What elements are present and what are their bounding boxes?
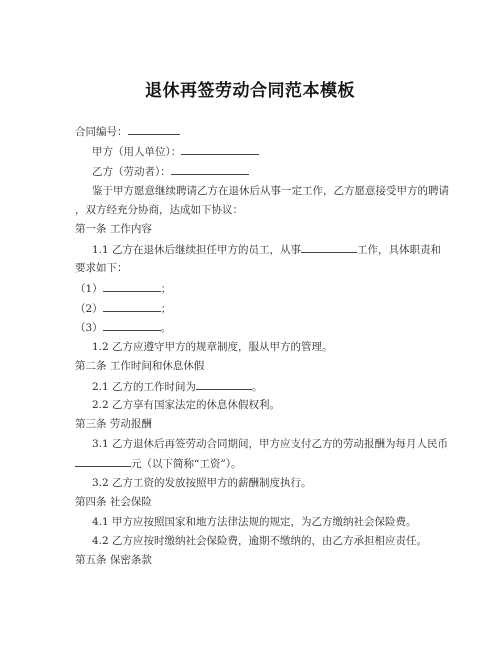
text-line-3-1b: 元（以下简称“工资”）。: [75, 456, 242, 471]
line-text: （1）: [75, 283, 103, 295]
fill-in-blank[interactable]: [171, 164, 249, 175]
line-text-after: ；: [161, 283, 172, 295]
line-text: 要求如下：: [75, 262, 128, 274]
line-text-after: 。: [252, 381, 263, 393]
line-text: 乙方（劳动者）：: [92, 166, 171, 178]
text-line-1-1b: 要求如下：: [75, 261, 128, 275]
text-line-3-2: 3.2 乙方工资的发放按照甲方的薪酬制度执行。: [92, 476, 312, 490]
line-text: 第四条 社会保险: [75, 496, 152, 508]
text-line-party-b: 乙方（劳动者）：: [92, 164, 249, 179]
fill-in-blank[interactable]: [181, 144, 259, 155]
line-text: 第二条 工作时间和休息休假: [75, 360, 204, 372]
text-line-preamble-1: 鉴于甲方愿意继续聘请乙方在退休后从事一定工作，乙方愿意接受甲方的聘请: [92, 184, 449, 198]
line-text: 合同编号：: [75, 126, 128, 138]
line-text: 1.2 乙方应遵守甲方的规章制度，服从甲方的管理。: [92, 341, 333, 353]
line-text: 2.1 乙方的工作时间为: [92, 381, 196, 393]
line-text: 甲方（用人单位）：: [92, 146, 181, 158]
text-line-4-1: 4.1 甲方应按照国家和地方法律法规的规定，为乙方缴纳社会保险费。: [92, 515, 417, 529]
fill-in-blank[interactable]: [128, 124, 180, 135]
fill-in-blank[interactable]: [103, 320, 161, 331]
line-text: 4.2 乙方应按时缴纳社会保险费，逾期不缴纳的，由乙方承担相应责任。: [92, 535, 427, 547]
fill-in-blank[interactable]: [103, 281, 161, 292]
line-text: 3.2 乙方工资的发放按照甲方的薪酬制度执行。: [92, 477, 312, 489]
text-line-2-1: 2.1 乙方的工作时间为。: [92, 379, 263, 394]
text-line-art4: 第四条 社会保险: [75, 495, 152, 509]
text-line-art1: 第一条 工作内容: [75, 222, 152, 236]
text-line-4-2: 4.2 乙方应按时缴纳社会保险费，逾期不缴纳的，由乙方承担相应责任。: [92, 534, 427, 548]
line-text: 1.1 乙方在退休后继续担任甲方的员工，从事: [92, 244, 301, 256]
text-line-item3: （3）。: [75, 320, 171, 335]
text-line-party-a: 甲方（用人单位）：: [92, 144, 259, 159]
line-text: 第三条 劳动报酬: [75, 418, 152, 430]
text-line-art5: 第五条 保密条款: [75, 553, 152, 567]
text-line-1-1a: 1.1 乙方在退休后继续担任甲方的员工，从事工作，具体职责和: [92, 242, 441, 257]
text-line-item1: （1）；: [75, 281, 171, 296]
line-text: 2.2 乙方享有国家法定的休息休假权利。: [92, 399, 280, 411]
line-text: （2）: [75, 303, 103, 315]
fill-in-blank[interactable]: [103, 301, 161, 312]
fill-in-blank[interactable]: [196, 379, 252, 390]
line-text-after: ；: [161, 303, 172, 315]
fill-in-blank[interactable]: [301, 242, 357, 253]
text-line-art3: 第三条 劳动报酬: [75, 417, 152, 431]
line-text-after: 工作，具体职责和: [357, 244, 441, 256]
text-line-1-2: 1.2 乙方应遵守甲方的规章制度，服从甲方的管理。: [92, 340, 333, 354]
line-text: 鉴于甲方愿意继续聘请乙方在退休后从事一定工作，乙方愿意接受甲方的聘请: [92, 185, 449, 197]
text-line-2-2: 2.2 乙方享有国家法定的休息休假权利。: [92, 398, 280, 412]
line-text: 第一条 工作内容: [75, 223, 152, 235]
text-line-art2: 第二条 工作时间和休息休假: [75, 359, 204, 373]
text-line-3-1a: 3.1 乙方退休后再签劳动合同期间，甲方应支付乙方的劳动报酬为每月人民币: [92, 437, 448, 451]
line-text-after: 元（以下简称“工资”）。: [131, 458, 242, 470]
line-text: （3）: [75, 322, 103, 334]
line-text: 4.1 甲方应按照国家和地方法律法规的规定，为乙方缴纳社会保险费。: [92, 516, 417, 528]
text-line-contract-no: 合同编号：: [75, 124, 180, 139]
text-line-preamble-2: ，双方经充分协商，达成如下协议：: [75, 203, 243, 217]
line-text-after: 。: [161, 322, 172, 334]
document-title: 退休再签劳动合同范本模板: [0, 76, 500, 101]
line-text: 3.1 乙方退休后再签劳动合同期间，甲方应支付乙方的劳动报酬为每月人民币: [92, 438, 448, 450]
line-text: 第五条 保密条款: [75, 554, 152, 566]
text-line-item2: （2）；: [75, 301, 171, 316]
fill-in-blank[interactable]: [75, 456, 131, 467]
line-text: ，双方经充分协商，达成如下协议：: [75, 204, 243, 216]
